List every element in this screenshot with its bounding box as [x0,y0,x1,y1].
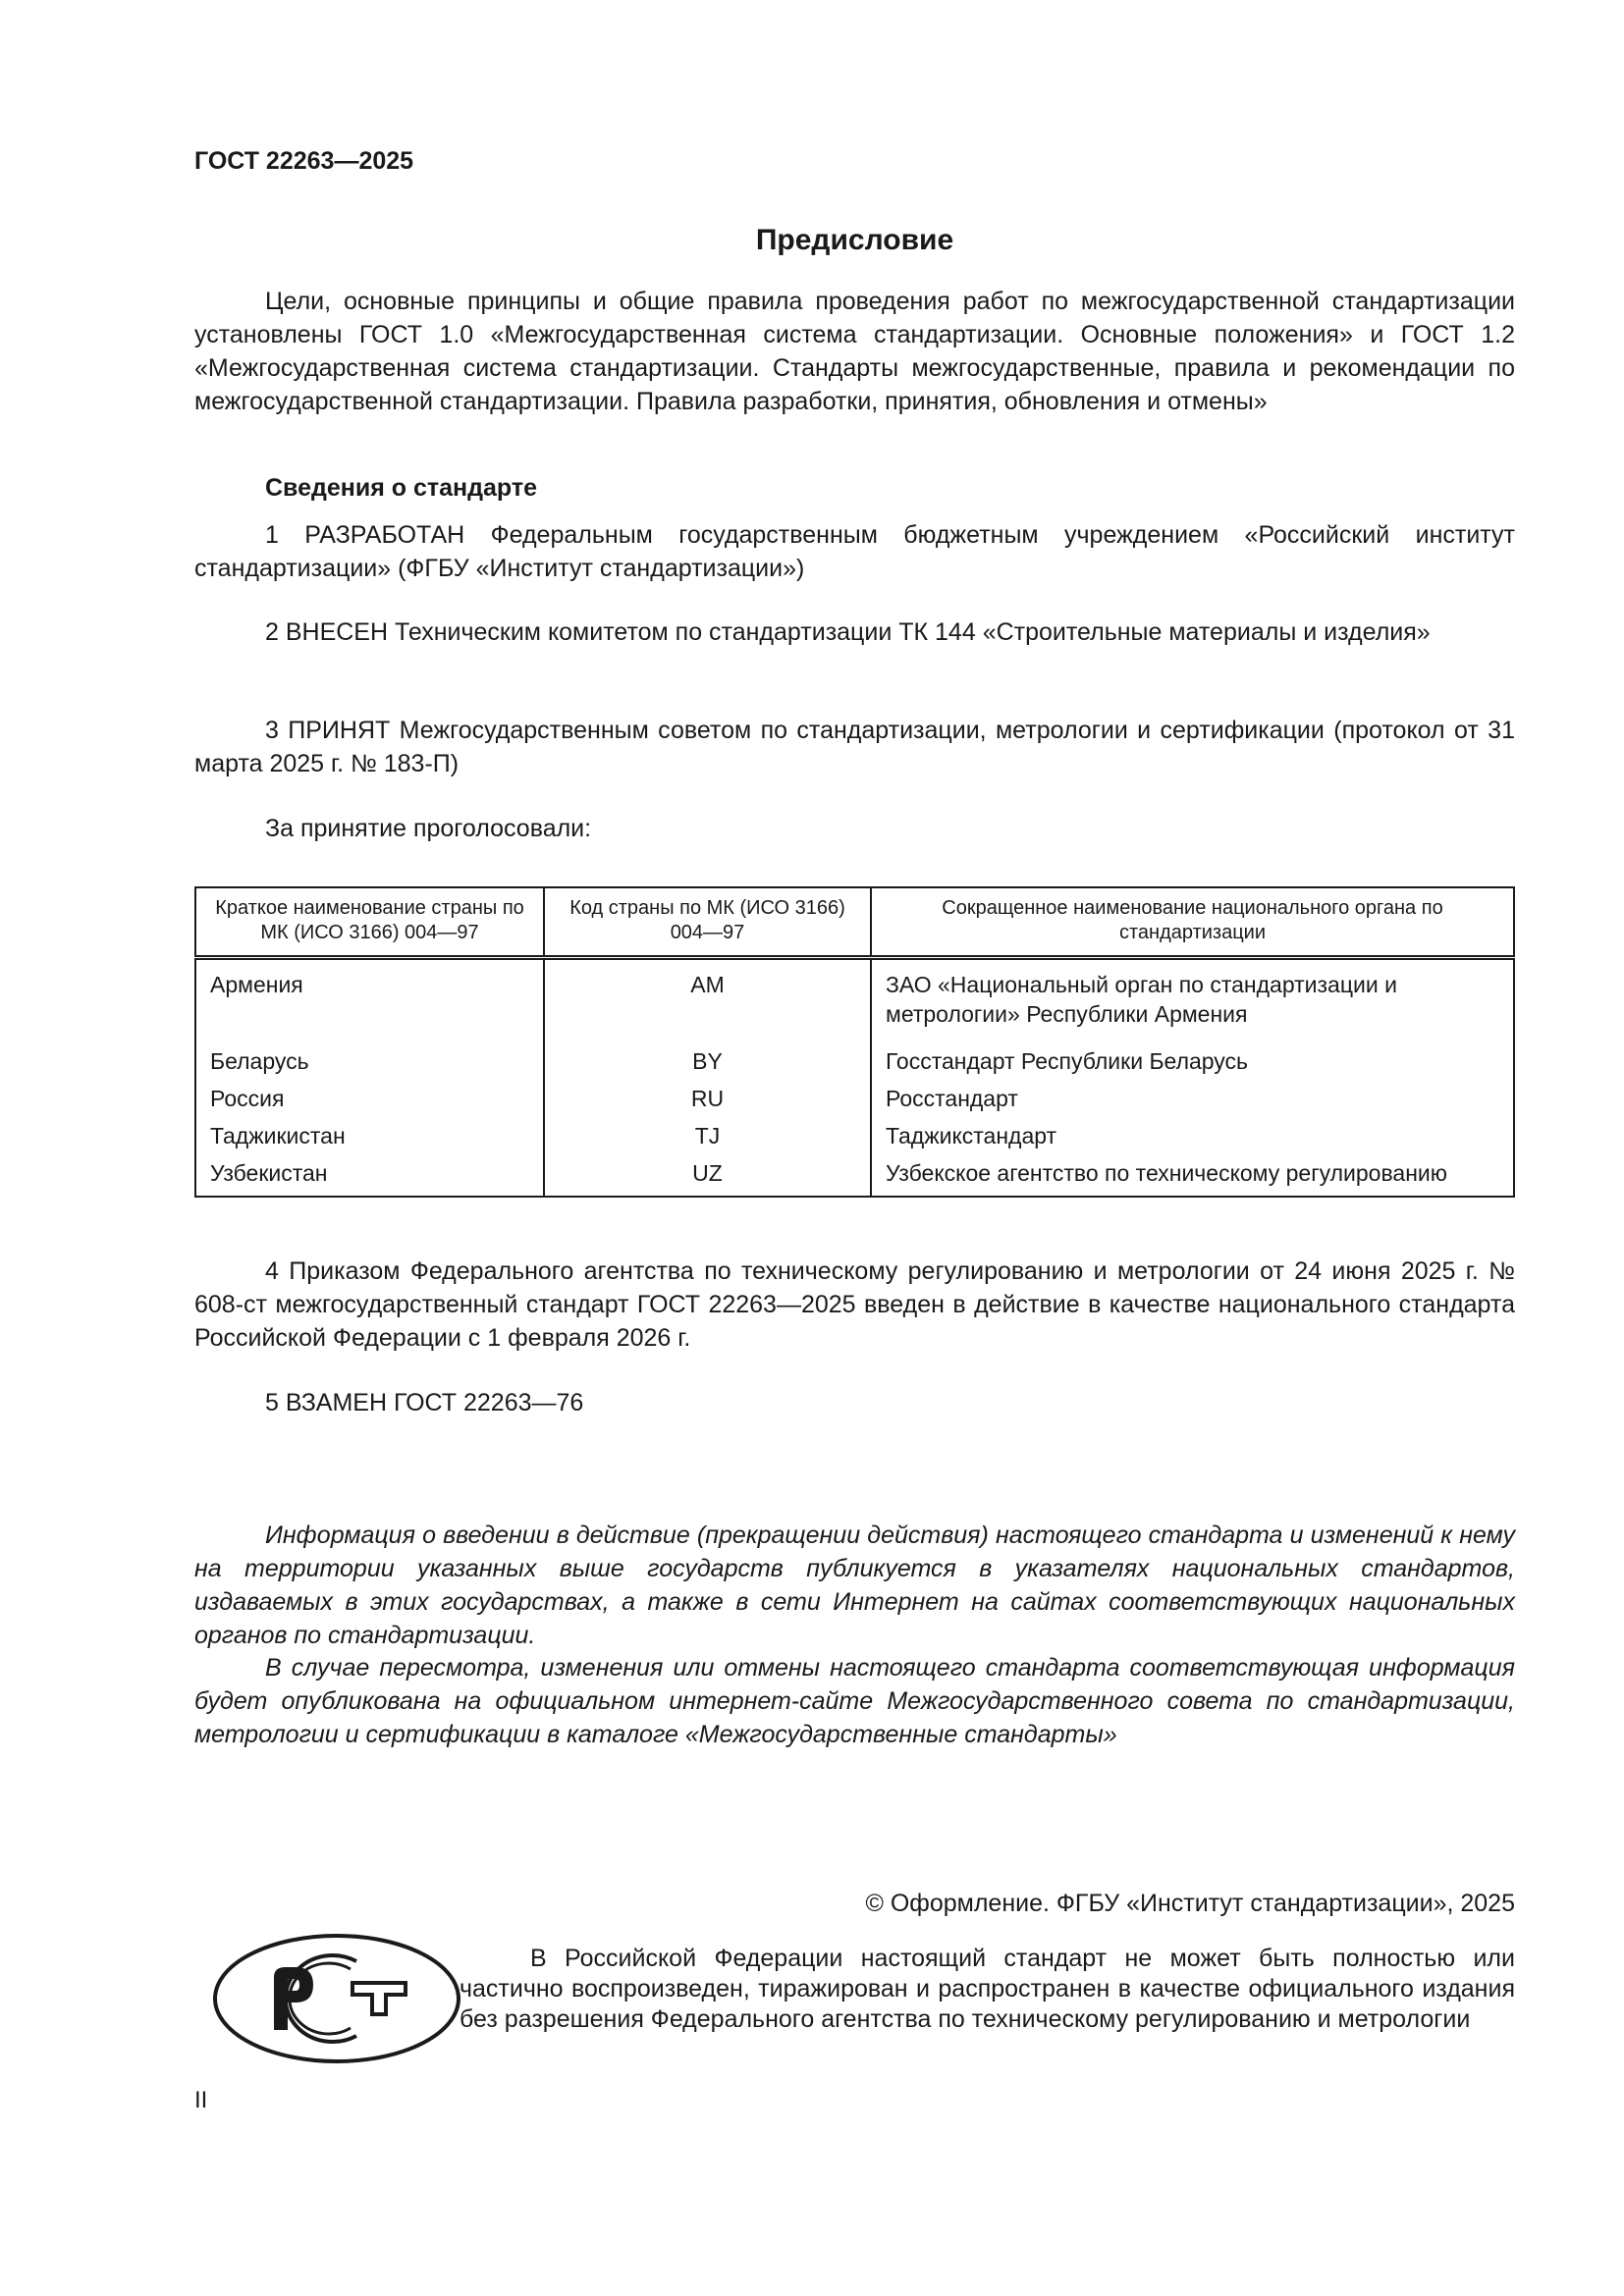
voting-table: Краткое наименование страны по МК (ИСО 3… [194,886,1515,1198]
item-2: 2 ВНЕСЕН Техническим комитетом по станда… [194,615,1515,649]
vote-label: За принятие проголосовали: [194,812,1515,845]
cell-country: Таджикистан [195,1117,544,1154]
cell-code: UZ [544,1154,871,1197]
table-row: Беларусь BY Госстандарт Республики Белар… [195,1042,1514,1080]
table-row: Россия RU Росстандарт [195,1080,1514,1117]
item-1: 1 РАЗРАБОТАН Федеральным государственным… [194,518,1515,585]
table-header-row: Краткое наименование страны по МК (ИСО 3… [195,887,1514,958]
notice-paragraph-1: Информация о введении в действие (прекра… [194,1519,1515,1652]
cell-country: Узбекистан [195,1154,544,1197]
table-row: Узбекистан UZ Узбекское агентство по тех… [195,1154,1514,1197]
item-5: 5 ВЗАМЕН ГОСТ 22263—76 [194,1386,1515,1419]
page-number: II [194,2087,207,2114]
copyright-line: © Оформление. ФГБУ «Институт стандартиза… [865,1890,1515,1918]
header-country: Краткое наименование страны по МК (ИСО 3… [195,887,544,958]
document-code: ГОСТ 22263—2025 [194,147,413,176]
cell-country: Беларусь [195,1042,544,1080]
section-heading: Сведения о стандарте [194,471,1515,505]
cell-code: TJ [544,1117,871,1154]
cell-country: Россия [195,1080,544,1117]
intro-paragraph: Цели, основные принципы и общие правила … [194,285,1515,418]
item-3: 3 ПРИНЯТ Межгосударственным советом по с… [194,714,1515,780]
table-row: Таджикистан TJ Таджикстандарт [195,1117,1514,1154]
cell-body: Росстандарт [871,1080,1514,1117]
cell-code: BY [544,1042,871,1080]
rights-notice: В Российской Федерации настоящий стандар… [460,1944,1515,2035]
notice-paragraph-2: В случае пересмотра, изменения или отмен… [194,1651,1515,1751]
item-4: 4 Приказом Федерального агентства по тех… [194,1255,1515,1355]
cell-country: Армения [195,958,544,1043]
cell-body: ЗАО «Национальный орган по стандартизаци… [871,958,1514,1043]
cell-code: AM [544,958,871,1043]
page-title: Предисловие [194,224,1515,257]
cell-body: Таджикстандарт [871,1117,1514,1154]
rst-certification-mark-icon [211,1932,462,2065]
table-row: Армения AM ЗАО «Национальный орган по ст… [195,958,1514,1043]
cell-body: Узбекское агентство по техническому регу… [871,1154,1514,1197]
header-code: Код страны по МК (ИСО 3166) 004—97 [544,887,871,958]
cell-body: Госстандарт Республики Беларусь [871,1042,1514,1080]
rights-text: В Российской Федерации настоящий стандар… [460,1945,1515,2033]
cell-code: RU [544,1080,871,1117]
header-body: Сокращенное наименование национального о… [871,887,1514,958]
